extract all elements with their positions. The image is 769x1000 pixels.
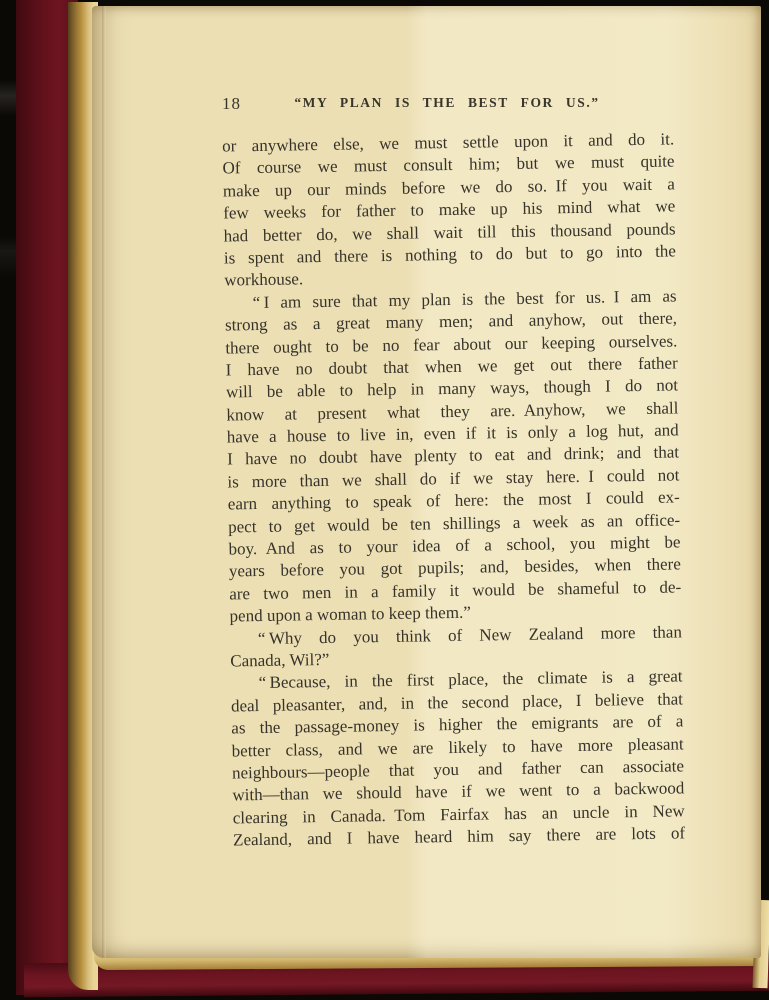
page-header: 18 “MY PLAN IS THE BEST FOR US.” (222, 92, 672, 116)
book-photo: 18 “MY PLAN IS THE BEST FOR US.” or anyw… (0, 0, 769, 1000)
gutter-crease (102, 6, 106, 958)
book-page: 18 “MY PLAN IS THE BEST FOR US.” or anyw… (92, 6, 761, 958)
page-text: or anywhere else, we must settle upon it… (222, 128, 685, 852)
running-title: “MY PLAN IS THE BEST FOR US.” (222, 95, 672, 111)
